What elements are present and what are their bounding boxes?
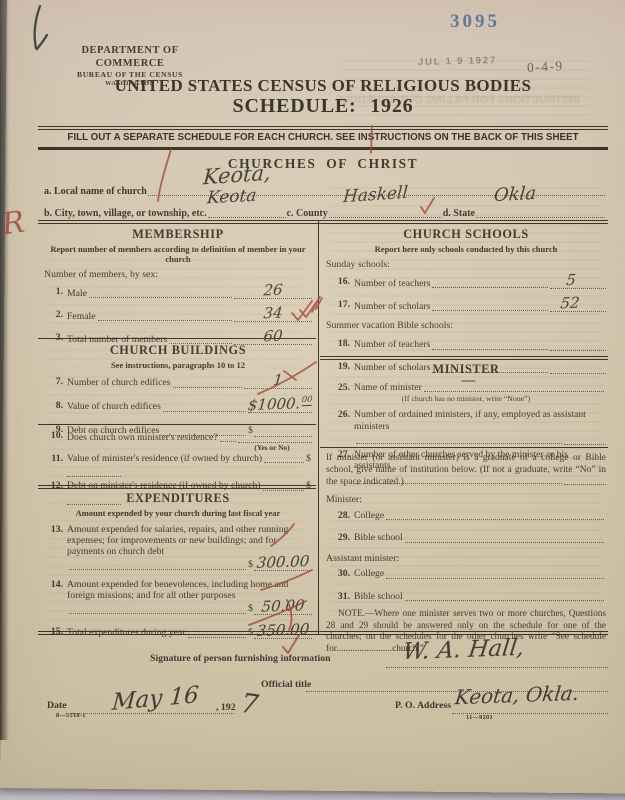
- question-number: 13.: [44, 524, 67, 571]
- question-row-ordained-assistants: 26. Number of ordained ministers, if any…: [326, 409, 606, 445]
- group-label: Sunday schools:: [326, 259, 606, 271]
- handwritten-dollars: $1000.: [247, 394, 301, 414]
- dotted-leader: [220, 440, 236, 442]
- group-label: Minister:: [326, 494, 606, 506]
- official-title-label: Official title: [261, 679, 311, 690]
- handwritten-minister-dash: —: [461, 371, 475, 389]
- dotted-leader: [432, 309, 548, 311]
- form-title: UNITED STATES CENSUS OF RELIGIOUS BODIES: [38, 76, 608, 96]
- field-label: b. City, town, village, or township, etc…: [44, 208, 207, 219]
- answer-blank: [564, 432, 606, 445]
- handwritten-value: 300.00: [256, 553, 310, 573]
- question-row-residence-value: 11. Value of minister's residence (if ow…: [44, 453, 312, 477]
- answer-blank: 50.00: [254, 602, 312, 615]
- question-number: 30.: [326, 568, 354, 579]
- section-subheading: See instructions, paragraphs 10 to 12: [44, 360, 312, 370]
- currency-sign: $: [248, 603, 253, 614]
- answer-blank: 52: [550, 299, 606, 312]
- answer-blank: [238, 430, 312, 443]
- answer-blank: 1: [244, 376, 312, 389]
- section-subheading: Amount expended by your church during la…: [44, 508, 312, 518]
- question-number: 1.: [44, 286, 67, 299]
- yes-or-no-note: (Yes or No): [232, 444, 312, 453]
- section-membership: MEMBERSHIP Report number of members acco…: [44, 227, 312, 345]
- handwritten-value: 5: [566, 272, 577, 290]
- currency-sign: $: [306, 480, 311, 491]
- question-number: 25.: [326, 382, 354, 393]
- dotted-leader: [424, 390, 604, 392]
- dotted-leader: [432, 286, 548, 288]
- group-label: Assistant minister:: [326, 553, 606, 565]
- question-number: 2.: [44, 309, 67, 322]
- question-label: Total expenditures during year: [67, 627, 186, 638]
- handwritten-value: 26: [263, 282, 284, 300]
- section-church-schools: CHURCH SCHOOLS Report here only schools …: [326, 227, 606, 374]
- po-address-label: P. O. Address: [395, 700, 451, 711]
- question-row-assistant-bible-school: 31. Bible school: [326, 591, 606, 602]
- section-subheading: Report here only schools conducted by th…: [326, 244, 606, 254]
- answer-blank: 34: [234, 309, 312, 322]
- question-row-edifices: 7. Number of church edifices 1: [44, 376, 312, 389]
- question-row-summer-teachers: 18. Number of teachers: [326, 338, 606, 351]
- answer-blank: 300.00: [254, 558, 312, 571]
- answer-blank: [67, 464, 121, 477]
- question-row-benevolences: 14. Amount expended for benevolences, in…: [44, 579, 312, 615]
- question-number: 29.: [326, 532, 354, 543]
- question-row-own-residence: 10. Does church own minister's residence…: [44, 430, 312, 443]
- date-line: [72, 712, 234, 714]
- dotted-leader: [208, 216, 286, 218]
- handwritten-value: 1: [272, 372, 283, 390]
- section-heading: CHURCH SCHOOLS: [326, 227, 606, 242]
- handwritten-city: Keota: [206, 186, 257, 209]
- dotted-leader: [386, 577, 604, 579]
- question-number: 8.: [44, 400, 67, 413]
- scanned-census-form: INSTRUCTIONS FOR FILLING OUT SCHEDULE 30…: [0, 0, 625, 800]
- dotted-leader: [173, 386, 242, 388]
- question-row-salaries: 13. Amount expended for salaries, repair…: [44, 524, 312, 571]
- column-divider: [318, 221, 319, 634]
- section-expenditures: EXPENDITURES Amount expended by your chu…: [44, 491, 312, 639]
- none-note: (If church has no minister, write “None”…: [326, 394, 606, 403]
- answer-blank: 26: [234, 286, 312, 299]
- dotted-leader: [188, 636, 247, 638]
- question-label: Number of teachers: [354, 339, 430, 350]
- question-number: 11.: [44, 453, 67, 477]
- handwritten-signature: W. A. Hall,: [401, 635, 525, 665]
- question-label: Number of church edifices: [67, 377, 171, 388]
- question-label: Number of teachers: [354, 278, 430, 289]
- question-row-minister-bible-school: 29. Bible school: [326, 532, 606, 543]
- question-row-assistant-college: 30. College: [326, 568, 606, 579]
- section-heading: EXPENDITURES: [44, 491, 312, 506]
- field-label: a. Local name of church: [44, 186, 147, 197]
- agency-line: DEPARTMENT OF COMMERCE: [50, 44, 210, 70]
- printed-year: , 192: [216, 702, 236, 713]
- field-label: d. State: [443, 208, 475, 219]
- rule: [38, 147, 608, 150]
- dotted-leader: [329, 216, 442, 218]
- graduate-instructions: If minister (or assistant minister) is a…: [326, 453, 606, 488]
- section-subheading: Report number of members according to de…: [44, 244, 312, 264]
- answer-blank: 5: [550, 276, 606, 289]
- question-label: Bible school: [354, 591, 403, 602]
- dotted-leader: [405, 541, 604, 543]
- question-row-male: 1. Male 26: [44, 286, 312, 299]
- section-heading: CHURCH BUILDINGS: [44, 343, 312, 358]
- handwritten-church-name: Keota,: [202, 161, 271, 190]
- section-intro: Number of members, by sex:: [44, 269, 312, 281]
- handwritten-cents: 00: [301, 395, 313, 406]
- question-number: 10.: [44, 430, 67, 443]
- section-minister-education: If minister (or assistant minister) is a…: [326, 453, 606, 655]
- group-label: Summer vacation Bible schools:: [326, 320, 606, 332]
- question-number: 26.: [326, 409, 354, 445]
- question-number: 14.: [44, 579, 67, 615]
- question-label: Male: [67, 288, 87, 299]
- dotted-leader: [476, 216, 605, 218]
- question-row-female: 2. Female 34: [44, 309, 312, 322]
- question-label: Number of ordained ministers, if any, em…: [354, 409, 606, 432]
- question-row-sunday-teachers: 16. Number of teachers 5: [326, 276, 606, 289]
- handwritten-value: 34: [263, 305, 284, 323]
- question-row-minister-college: 28. College: [326, 510, 606, 521]
- date-label: Date: [47, 700, 67, 711]
- dotted-leader: [356, 442, 562, 444]
- currency-sign: $: [248, 559, 253, 570]
- dotted-leader: [163, 410, 246, 412]
- rule: [38, 126, 608, 130]
- dotted-leader: [405, 599, 604, 601]
- field-label: c. County: [287, 208, 328, 219]
- question-number: 31.: [326, 591, 354, 602]
- question-number: 16.: [326, 276, 354, 289]
- handwritten-state: Okla: [493, 183, 537, 206]
- answer-blank: $1000.00: [248, 400, 312, 413]
- red-margin-letter: R: [0, 205, 27, 243]
- question-row-total-expenditures: 15. Total expenditures during year $ 350…: [44, 626, 312, 639]
- dotted-leader: [69, 568, 246, 570]
- answer-blank: 350.00: [254, 626, 312, 639]
- question-number: 17.: [326, 299, 354, 312]
- section-church-buildings: CHURCH BUILDINGS See instructions, parag…: [44, 343, 312, 437]
- signature-label: Signature of person furnishing informati…: [150, 653, 331, 664]
- question-label: Value of church edifices: [67, 401, 161, 412]
- section-heading: MEMBERSHIP: [44, 227, 312, 242]
- question-label: Debt on minister's residence (if owned b…: [67, 480, 261, 491]
- denomination-heading: CHURCHES OF CHRIST: [38, 156, 608, 172]
- question-number: 28.: [326, 510, 354, 521]
- dotted-leader: [264, 461, 304, 463]
- currency-sign: $: [248, 627, 253, 638]
- question-label: Value of minister's residence (if owned …: [67, 453, 262, 464]
- question-label: College: [354, 568, 384, 579]
- handwritten-value: 350.00: [256, 621, 310, 641]
- question-label: Female: [67, 311, 96, 322]
- scan-edge-shadow: [0, 0, 9, 740]
- received-date-stamp: JUL 1 9 1927: [418, 55, 497, 68]
- handwritten-value: $1000.00: [247, 395, 313, 415]
- rule: [38, 220, 608, 224]
- form-schedule-year: SCHEDULE: 1926: [38, 95, 608, 118]
- instruction-banner: FILL OUT A SEPARATE SCHEDULE FOR EACH CH…: [49, 132, 596, 143]
- question-number: 18.: [326, 338, 354, 351]
- field-city-county-state: b. City, town, village, or township, etc…: [44, 208, 606, 219]
- dotted-leader: [98, 319, 232, 321]
- dotted-leader: [69, 612, 246, 614]
- question-row-sunday-scholars: 17. Number of scholars 52: [326, 299, 606, 312]
- serial-number-stamp: 3095: [450, 11, 500, 33]
- question-number: 7.: [44, 376, 67, 389]
- handwritten-po-address: Keota, Okla.: [454, 681, 581, 709]
- question-label: College: [354, 510, 384, 521]
- dotted-leader: [432, 348, 548, 350]
- dotted-leader: [386, 518, 604, 520]
- question-label: Bible school: [354, 532, 403, 543]
- form-number: 11—9201: [466, 714, 493, 721]
- question-label: Does church own minister's residence?: [67, 432, 218, 443]
- question-row-edifice-value: 8. Value of church edifices $1000.00: [44, 400, 312, 413]
- dotted-leader: [89, 296, 232, 298]
- question-label: Name of minister: [354, 382, 422, 393]
- handwritten-value: 50.00: [261, 597, 305, 616]
- question-label: Number of scholars: [354, 301, 430, 312]
- handwritten-value: 52: [559, 295, 580, 313]
- signature-line: [386, 666, 608, 668]
- pencil-code: 0-4-9: [527, 58, 565, 76]
- question-number: 15.: [44, 626, 67, 639]
- currency-sign: $: [306, 453, 311, 464]
- answer-blank: [550, 338, 606, 351]
